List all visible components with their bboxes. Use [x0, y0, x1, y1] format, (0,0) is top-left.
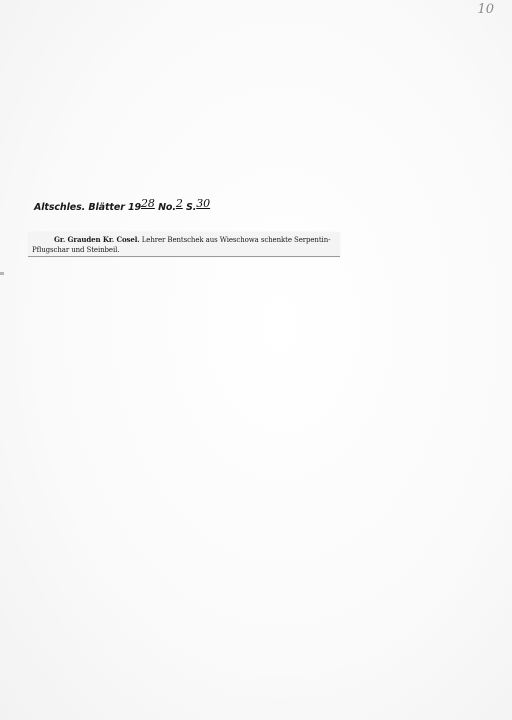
clipping-text: Gr. Grauden Kr. Cosel. Lehrer Bentschek …: [32, 235, 338, 255]
handwritten-year: 28: [141, 197, 155, 210]
handwritten-page: 30: [196, 197, 210, 210]
newspaper-clipping: Gr. Grauden Kr. Cosel. Lehrer Bentschek …: [28, 232, 340, 257]
edge-mark: [0, 272, 4, 275]
document-page: 10 Altschles. Blätter 1928 No.2 S.30 Gr.…: [0, 0, 512, 720]
page-label: S.: [186, 202, 196, 213]
handwritten-number: 2: [176, 197, 183, 210]
number-label: No.: [158, 202, 176, 213]
clipping-place: Gr. Grauden Kr. Cosel.: [54, 235, 140, 244]
source-citation: Altschles. Blätter 1928 No.2 S.30: [34, 200, 210, 213]
page-number: 10: [477, 2, 494, 17]
publication-name: Altschles. Blätter 19: [34, 202, 141, 213]
